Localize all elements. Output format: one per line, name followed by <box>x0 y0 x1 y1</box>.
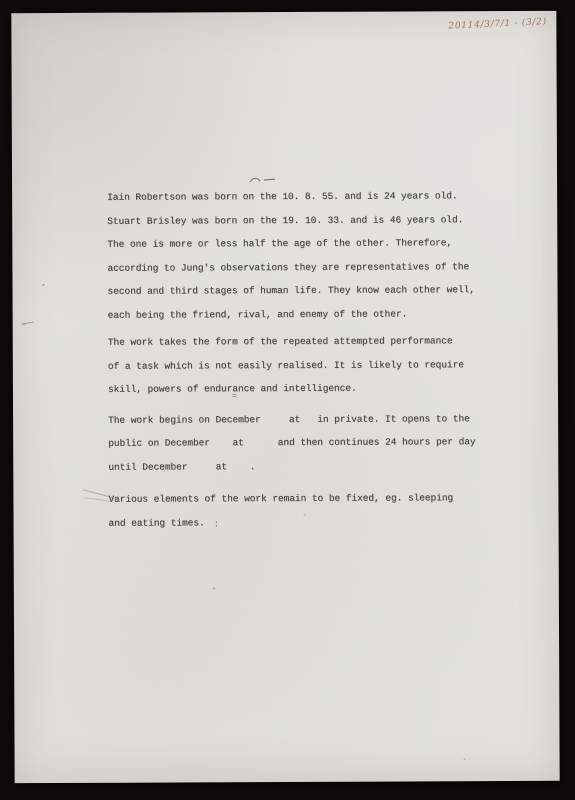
typed-line: according to Jung's observations they ar… <box>107 255 507 280</box>
paper-speck <box>464 758 466 760</box>
typed-line: until December at . <box>108 454 508 479</box>
paragraph: The work takes the form of the repeated … <box>108 329 508 401</box>
typed-line: and eating times. <box>108 510 508 535</box>
typed-line: The work takes the form of the repeated … <box>108 329 508 354</box>
typed-stray-colon-mark: : <box>214 517 220 531</box>
paper-speck <box>213 587 215 589</box>
typed-line: The work begins on December at in privat… <box>108 407 508 432</box>
typed-line: second and third stages of human life. T… <box>107 278 507 303</box>
typed-line: each being the friend, rival, and enemy … <box>108 302 508 327</box>
typed-line: Stuart Brisley was born on the 19. 10. 3… <box>107 208 507 233</box>
pencil-dash-icon <box>21 319 37 327</box>
typed-stray-equals-mark: = <box>232 393 237 401</box>
typed-line: Various elements of the work remain to b… <box>108 486 508 511</box>
typed-text-block: Iain Robertson was born on the 10. 8. 55… <box>107 184 509 535</box>
typed-line: Iain Robertson was born on the 10. 8. 55… <box>107 184 507 209</box>
paragraph: The work begins on December at in privat… <box>108 407 508 479</box>
typed-line: public on December at and then continues… <box>108 430 508 455</box>
typed-line: The one is more or less half the age of … <box>107 231 507 256</box>
typed-line: of a task which is not easily realised. … <box>108 353 508 378</box>
paragraph: Iain Robertson was born on the 10. 8. 55… <box>107 184 508 327</box>
typed-line: skill, powers of endurance and intellige… <box>108 376 508 401</box>
paragraph: Various elements of the work remain to b… <box>108 486 508 535</box>
paper-speck <box>304 514 306 516</box>
document-page: 20114/3/7/1 - (3/2) Iain Robertson was b… <box>11 11 559 783</box>
archive-reference-handwriting: 20114/3/7/1 - (3/2) <box>448 16 558 31</box>
photo-backdrop: 20114/3/7/1 - (3/2) Iain Robertson was b… <box>0 0 575 800</box>
paper-speck <box>43 284 45 286</box>
pencil-strike-icon <box>82 486 120 506</box>
